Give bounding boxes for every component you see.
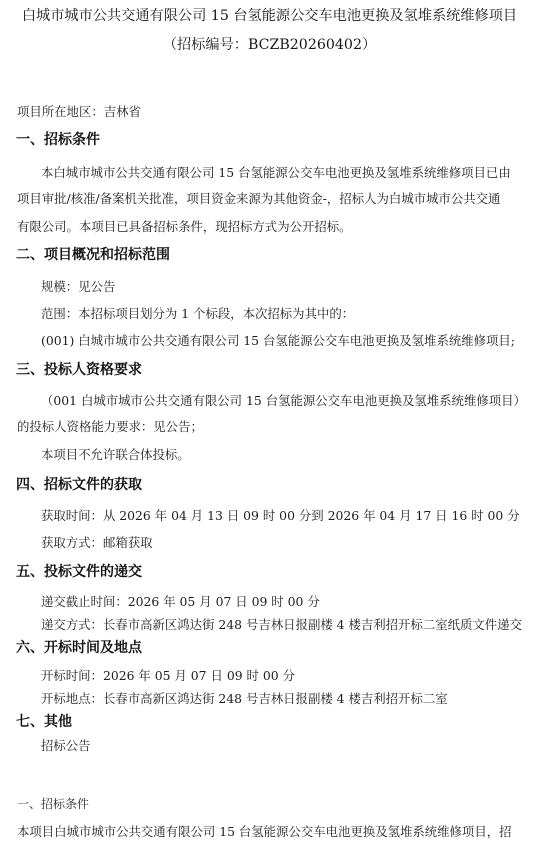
document-title: 白城市城市公共交通有限公司 15 台氢能源公交车电池更换及氢堆系统维修项目 — [0, 7, 539, 25]
paragraph-line: 招标公告 — [41, 738, 91, 754]
paragraph-line: 范围：本招标项目划分为 1 个标段，本次招标为其中的： — [41, 306, 354, 322]
section-heading-bidder-qualification: 三、投标人资格要求 — [16, 361, 142, 379]
paragraph-line: 规模：见公告 — [41, 279, 115, 295]
section-heading-document-acquisition: 四、招标文件的获取 — [16, 476, 142, 494]
tender-number: （招标编号：BCZB20260402） — [0, 36, 539, 54]
paragraph-line: 有限公司。本项目已具备招标条件，现招标方式为公开招标。 — [17, 219, 352, 235]
paragraph-line: 的投标人资格能力要求：见公告； — [17, 419, 203, 435]
paragraph-line: (001) 白城市城市公共交通有限公司 15 台氢能源公交车电池更换及氢堆系统维… — [41, 333, 515, 349]
project-region: 项目所在地区：吉林省 — [17, 104, 141, 120]
section-heading-project-overview: 二、项目概况和招标范围 — [16, 246, 170, 264]
paragraph-line: （001 白城市城市公共交通有限公司 15 台氢能源公交车电池更换及氢堆系统维修… — [41, 393, 526, 409]
paragraph-line: 递交方式：长春市高新区鸿达街 248 号吉林日报副楼 4 楼吉利招开标二室纸质文… — [41, 617, 522, 633]
section-heading-other: 七、其他 — [16, 713, 72, 731]
appendix-paragraph-line: 本项目白城市城市公共交通有限公司 15 台氢能源公交车电池更换及氢堆系统维修项目… — [17, 824, 512, 840]
paragraph-line: 开标时间：2026 年 05 月 07 日 09 时 00 分 — [41, 668, 295, 684]
section-heading-tender-conditions: 一、招标条件 — [16, 131, 100, 149]
paragraph-line: 递交截止时间：2026 年 05 月 07 日 09 时 00 分 — [41, 594, 320, 610]
section-heading-bid-submission: 五、投标文件的递交 — [16, 563, 142, 581]
paragraph-line: 本项目不允许联合体投标。 — [41, 447, 190, 463]
paragraph-line: 开标地点：长春市高新区鸿达街 248 号吉林日报副楼 4 楼吉利招开标二室 — [41, 691, 448, 707]
paragraph-line: 获取方式：邮箱获取 — [41, 535, 153, 551]
appendix-heading: 一、招标条件 — [17, 796, 89, 812]
section-heading-opening-time-location: 六、开标时间及地点 — [16, 639, 142, 657]
paragraph-line: 获取时间：从 2026 年 04 月 13 日 09 时 00 分到 2026 … — [41, 508, 520, 524]
paragraph-line: 项目审批/核准/备案机关批准，项目资金来源为其他资金-，招标人为白城市城市公共交… — [17, 191, 500, 207]
paragraph-line: 本白城市城市公共交通有限公司 15 台氢能源公交车电池更换及氢堆系统维修项目已由 — [41, 165, 511, 181]
